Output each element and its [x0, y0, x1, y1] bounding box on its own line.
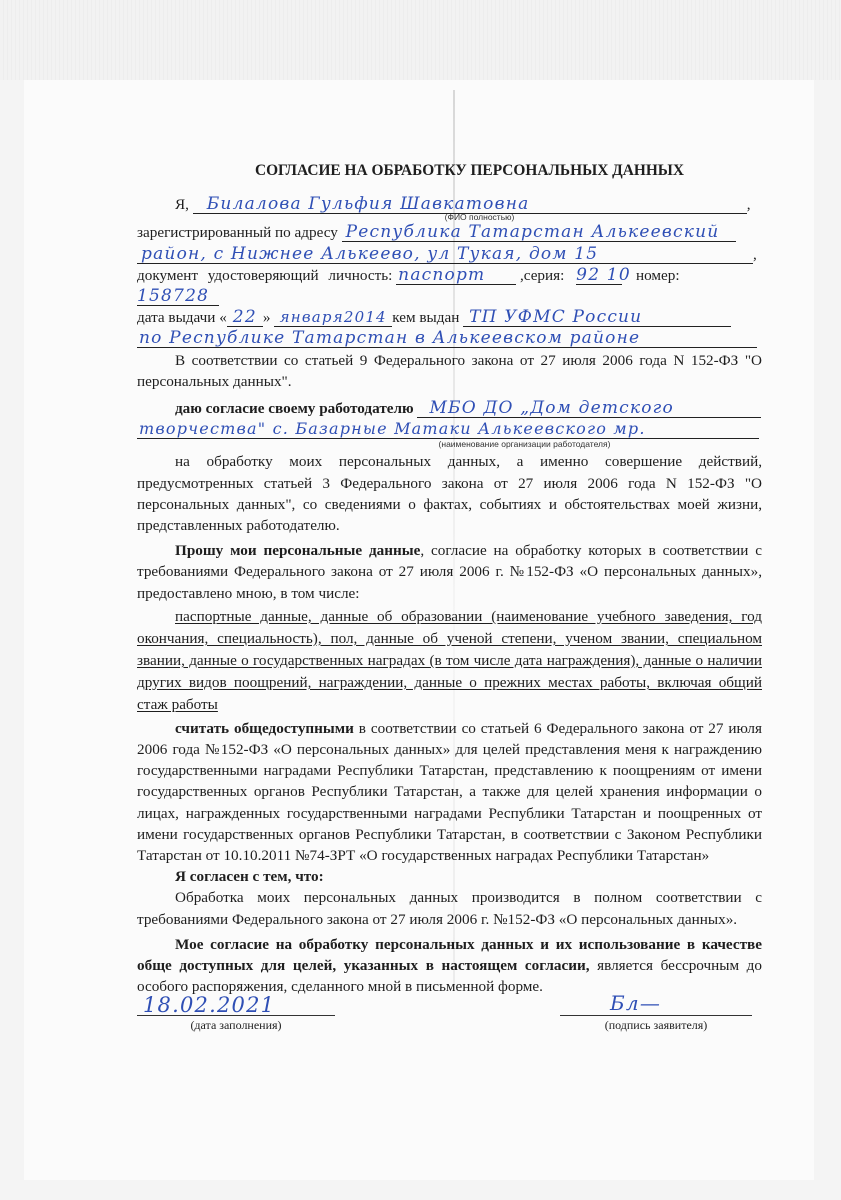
fill-date-value: 18.02.2021	[143, 993, 275, 1017]
number-label: номер:	[636, 267, 680, 284]
employer-row-2: творчества" с. Базарные Матаки Алькеевск…	[137, 419, 762, 440]
public-access-paragraph: считать общедоступными в соответствии со…	[137, 718, 762, 866]
series-field[interactable]: 92 10	[576, 266, 622, 285]
signature-row: 18.02.2021 (дата заполнения) Бл— (подпис…	[137, 985, 757, 1045]
request-paragraph: Прошу мои персональные данные, согласие …	[137, 540, 762, 604]
address-label: зарегистрированный по адресу	[137, 224, 338, 241]
number-row: 158728	[137, 286, 762, 307]
employer-row: даю согласие своему работодателю МБО ДО …	[137, 398, 762, 419]
issue-date-row: дата выдачи «22» января2014кем выдан ТП …	[137, 307, 762, 328]
employer-label: даю согласие своему работодателю	[175, 400, 414, 417]
public-text: в соответствии со статьей 6 Федерального…	[137, 720, 762, 864]
fill-date-caption: (дата заполнения)	[137, 1018, 335, 1033]
comma: ,	[753, 246, 757, 263]
signature-caption: (подпись заявителя)	[560, 1018, 752, 1033]
full-name-field[interactable]: Билалова Гульфия Шавкатовна	[193, 195, 747, 214]
personal-data-list: паспортные данные, данные об образовании…	[137, 606, 762, 716]
id-document-label: документ удостоверяющий личность:	[137, 267, 392, 284]
law-reference-paragraph: В соответствии со статьей 9 Федерального…	[137, 350, 762, 392]
issue-day-close-quote: »	[263, 309, 271, 326]
fill-date-field[interactable]: 18.02.2021	[137, 985, 335, 1016]
issued-by-field-line1[interactable]: ТП УФМС России	[463, 308, 731, 327]
ya-label: Я,	[175, 196, 189, 213]
signature-value: Бл—	[610, 991, 661, 1015]
fill-date-block: 18.02.2021 (дата заполнения)	[137, 985, 335, 1033]
address-row: зарегистрированный по адресу Республика …	[137, 222, 762, 243]
scan-background-top	[0, 0, 841, 80]
consent-form: СОГЛАСИЕ НА ОБРАБОТКУ ПЕРСОНАЛЬНЫХ ДАННЫ…	[137, 160, 762, 997]
issued-by-row-2: по Республике Татарстан в Алькеевском ра…	[137, 328, 762, 349]
number-field[interactable]: 158728	[137, 287, 219, 306]
agree-heading: Я согласен с тем, что:	[137, 866, 762, 887]
address-row-2: район, с Нижнее Алькеево, ул Тукая, дом …	[137, 244, 762, 265]
public-bold-text: считать общедоступными	[175, 720, 354, 737]
address-field-line1[interactable]: Республика Татарстан Алькеевский	[342, 223, 736, 242]
processing-paragraph: на обработку моих персональных данных, а…	[137, 451, 762, 536]
employer-field-line1[interactable]: МБО ДО „Дом детского	[417, 399, 761, 418]
id-document-type-field[interactable]: паспорт	[396, 266, 516, 285]
employer-field-line2[interactable]: творчества" с. Базарные Матаки Алькеевск…	[137, 420, 759, 439]
comma: ,	[747, 196, 751, 213]
issue-month-year-field[interactable]: января2014	[274, 308, 392, 327]
issued-by-label: кем выдан	[392, 309, 459, 326]
issue-day-field[interactable]: 22	[227, 308, 263, 327]
agree-paragraph: Обработка моих персональных данных произ…	[137, 887, 762, 929]
signature-field[interactable]: Бл—	[560, 985, 752, 1016]
signature-block: Бл— (подпись заявителя)	[560, 985, 752, 1033]
id-document-row: документ удостоверяющий личность: паспор…	[137, 265, 762, 286]
request-bold-text: Прошу мои персональные данные	[175, 542, 420, 559]
employer-caption: (наименование организации работодателя)	[137, 439, 762, 449]
series-label: ,серия:	[520, 267, 564, 284]
issued-by-field-line2[interactable]: по Республике Татарстан в Алькеевском ра…	[137, 329, 757, 348]
issue-date-label: дата выдачи «	[137, 309, 227, 326]
page-title: СОГЛАСИЕ НА ОБРАБОТКУ ПЕРСОНАЛЬНЫХ ДАННЫ…	[137, 160, 762, 181]
address-field-line2[interactable]: район, с Нижнее Алькеево, ул Тукая, дом …	[137, 245, 753, 264]
full-name-row: Я, Билалова Гульфия Шавкатовна,	[137, 194, 762, 215]
